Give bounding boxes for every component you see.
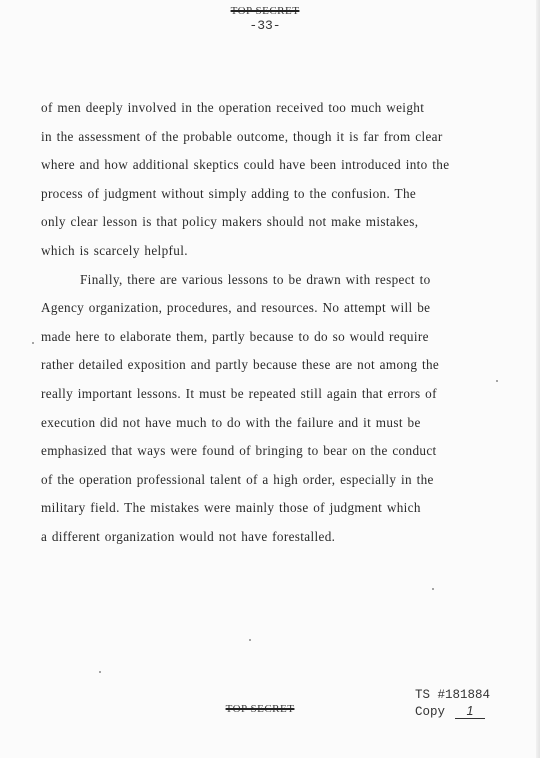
paragraph-1-line: of men deeply involved in the operation … (41, 94, 511, 123)
footer-classification-marking: TOP SECRET (210, 703, 310, 715)
control-number: TS #181884 (415, 687, 490, 704)
paragraph-2-line: Finally, there are various lessons to be… (41, 266, 511, 295)
scan-page-edge (536, 0, 540, 758)
paragraph-1-line: in the assessment of the probable outcom… (41, 123, 511, 152)
copy-number-line: Copy 1 (415, 704, 490, 721)
scan-speck (32, 342, 34, 344)
paragraph-2-line: Agency organization, procedures, and res… (41, 294, 511, 323)
scan-speck (432, 588, 434, 590)
header-classification-marking: TOP SECRET (215, 5, 315, 17)
paragraph-2-line: emphasized that ways were found of bring… (41, 437, 511, 466)
copy-label: Copy (415, 704, 445, 721)
copy-number-value: 1 (455, 705, 485, 719)
scan-speck (99, 671, 101, 673)
document-body: of men deeply involved in the operation … (41, 94, 511, 552)
paragraph-2-line: military field. The mistakes were mainly… (41, 494, 511, 523)
paragraph-2-line: rather detailed exposition and partly be… (41, 351, 511, 380)
paragraph-1-line: only clear lesson is that policy makers … (41, 208, 511, 237)
paragraph-2-line: execution did not have much to do with t… (41, 409, 511, 438)
page-number: -33- (240, 18, 290, 33)
paragraph-1-line: which is scarcely helpful. (41, 237, 511, 266)
paragraph-1-line: process of judgment without simply addin… (41, 180, 511, 209)
scan-speck (496, 380, 498, 382)
paragraph-2-line: a different organization would not have … (41, 523, 511, 552)
scan-speck (249, 639, 251, 641)
paragraph-2-line: made here to elaborate them, partly beca… (41, 323, 511, 352)
paragraph-1-line: where and how additional skeptics could … (41, 151, 511, 180)
paragraph-2-line: really important lessons. It must be rep… (41, 380, 511, 409)
paragraph-2-line: of the operation professional talent of … (41, 466, 511, 495)
document-control-block: TS #181884 Copy 1 (415, 687, 490, 721)
